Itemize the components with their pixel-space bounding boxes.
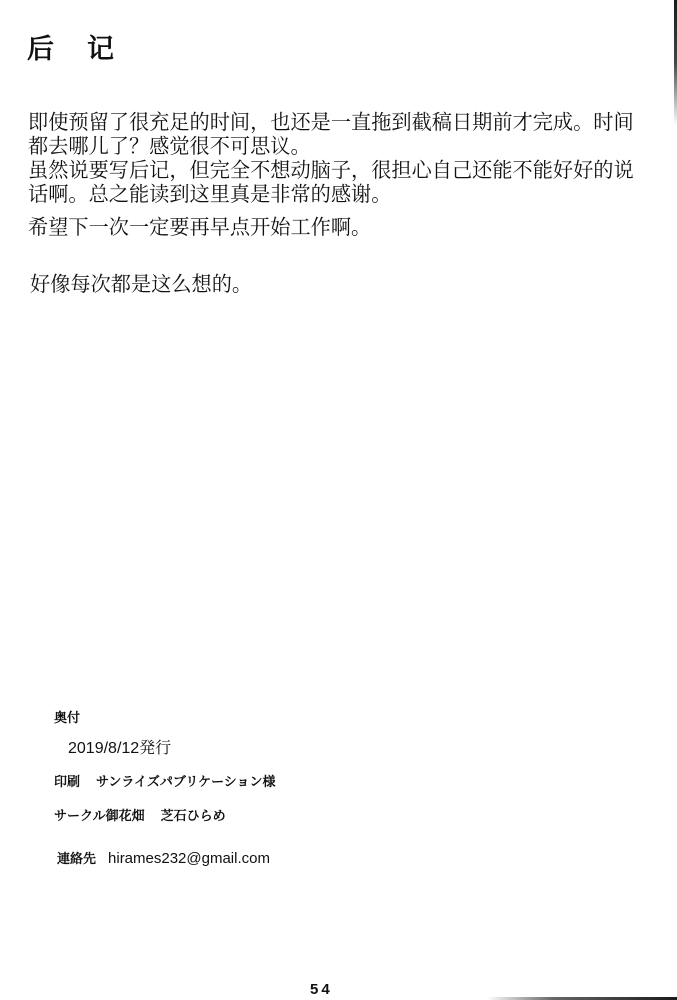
paragraph-3-line-1: 希望下一次一定要再早点开始工作啊。 [28, 215, 371, 239]
paragraph-4: 好像每次都是这么想的。 [30, 272, 252, 296]
paragraph-1-line-1: 即使预留了很充足的时间，也还是一直拖到截稿日期前才完成。时间 [28, 110, 634, 134]
colophon-heading: 奥付 [54, 711, 80, 727]
contact-label: 連絡先 [57, 852, 96, 867]
circle-author: 芝石ひらめ [161, 809, 226, 824]
publication-date: 2019/8/12発行 [68, 739, 171, 759]
page-number: 54 [310, 981, 333, 999]
document-page: 后记 即使预留了很充足的时间，也还是一直拖到截稿日期前才完成。时间 都去哪儿了？… [0, 0, 677, 1000]
paragraph-2: 虽然说要写后记，但完全不想动脑子，很担心自己还能不能好好的说 话啊。总之能读到这… [28, 158, 634, 206]
paragraph-1-line-2: 都去哪儿了？感觉很不可思议。 [28, 134, 634, 158]
circle-name: サークル御花畑 [54, 809, 145, 824]
printer-value: サンライズパブリケーション様 [96, 775, 276, 790]
paragraph-3: 希望下一次一定要再早点开始工作啊。 [28, 215, 371, 239]
page-title: 后记 [27, 34, 114, 66]
contact-email: hirames232@gmail.com [108, 850, 270, 867]
title-char-1: 后 [27, 34, 54, 66]
colophon-contact: 連絡先hirames232@gmail.com [57, 851, 270, 868]
title-char-2: 记 [87, 34, 114, 66]
paragraph-1: 即使预留了很充足的时间，也还是一直拖到截稿日期前才完成。时间 都去哪儿了？感觉很… [28, 110, 634, 158]
colophon-circle: サークル御花畑芝石ひらめ [54, 809, 226, 825]
printer-label: 印刷 [54, 775, 80, 790]
colophon-printer: 印刷サンライズパブリケーション様 [54, 775, 276, 791]
paragraph-2-line-1: 虽然说要写后记，但完全不想动脑子，很担心自己还能不能好好的说 [28, 158, 634, 182]
paragraph-4-line-1: 好像每次都是这么想的。 [30, 272, 252, 296]
paragraph-2-line-2: 话啊。总之能读到这里真是非常的感谢。 [28, 182, 634, 206]
